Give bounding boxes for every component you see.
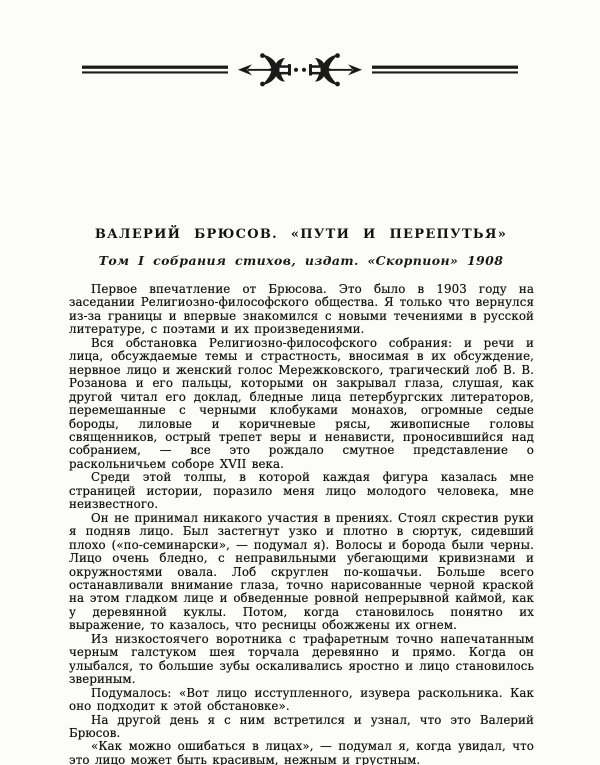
paragraph: Подумалось: «Вот лицо исступленного, изу… (69, 687, 534, 714)
page-title: ВАЛЕРИЙ БРЮСОВ. «ПУТИ И ПЕРЕПУТЬЯ» (68, 227, 534, 242)
header-ornament (80, 50, 520, 88)
paragraph: Первое впечатление от Брюсова. Это было … (69, 283, 534, 337)
paragraph: Вся обстановка Религиозно-философского с… (69, 337, 534, 472)
paragraph: Среди этой толпы, в которой каждая фигур… (69, 471, 534, 511)
paragraph: «Как можно ошибаться в лицах», — подумал… (69, 740, 534, 765)
paragraph: Из низкостоячего воротника с трафаретным… (69, 633, 534, 687)
body-text: Первое впечатление от Брюсова. Это было … (69, 283, 534, 765)
page-subtitle: Том I собрания стихов, издат. «Скорпион»… (68, 253, 534, 268)
book-page: ВАЛЕРИЙ БРЮСОВ. «ПУТИ И ПЕРЕПУТЬЯ» Том I… (0, 0, 600, 765)
fleuron-rule-divider-icon (80, 50, 520, 88)
paragraph: На другой день я с ним встретился и узна… (69, 714, 534, 741)
paragraph: Он не принимал никакого участия в прения… (69, 512, 534, 633)
